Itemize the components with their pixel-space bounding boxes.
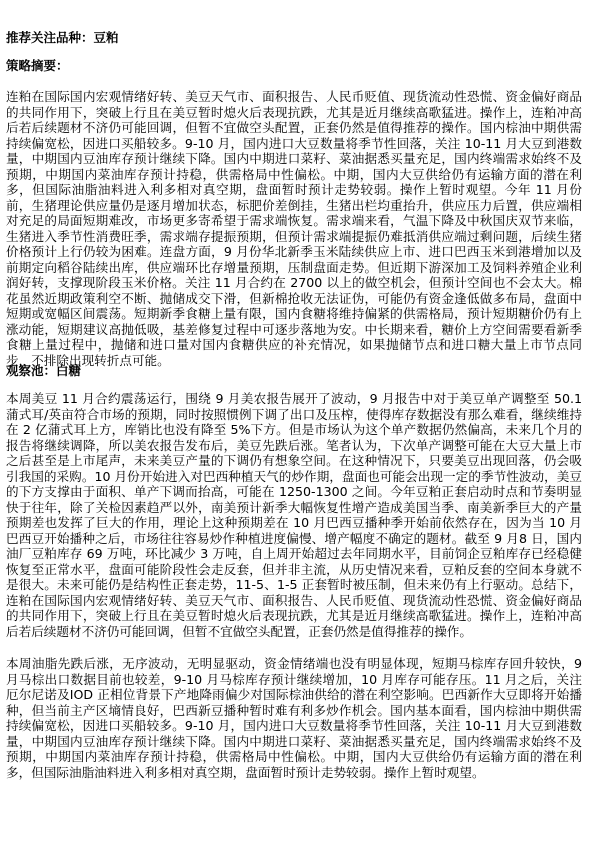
watch-pool-paragraph-soybean-meal: 本周美豆 11 月合约震荡运行，围绕 9 月美农报告展开了波动，9 月报告中对于… xyxy=(6,391,582,639)
recommended-variety-heading: 推荐关注品种：豆粕 xyxy=(6,30,119,45)
watch-pool-paragraph-oils: 本周油脂先跌后涨，无序波动，无明显驱动，资金情绪端也没有明显体现，短期马棕库存回… xyxy=(6,656,582,780)
watch-pool-heading: 观察池：白糖 xyxy=(6,363,81,378)
strategy-summary-heading: 策略摘要： xyxy=(6,58,69,73)
strategy-summary-paragraph: 连粕在国际国内宏观情绪好转、美豆天气市、面积报告、人民币贬值、现货流动性恐慌、资… xyxy=(6,89,582,368)
